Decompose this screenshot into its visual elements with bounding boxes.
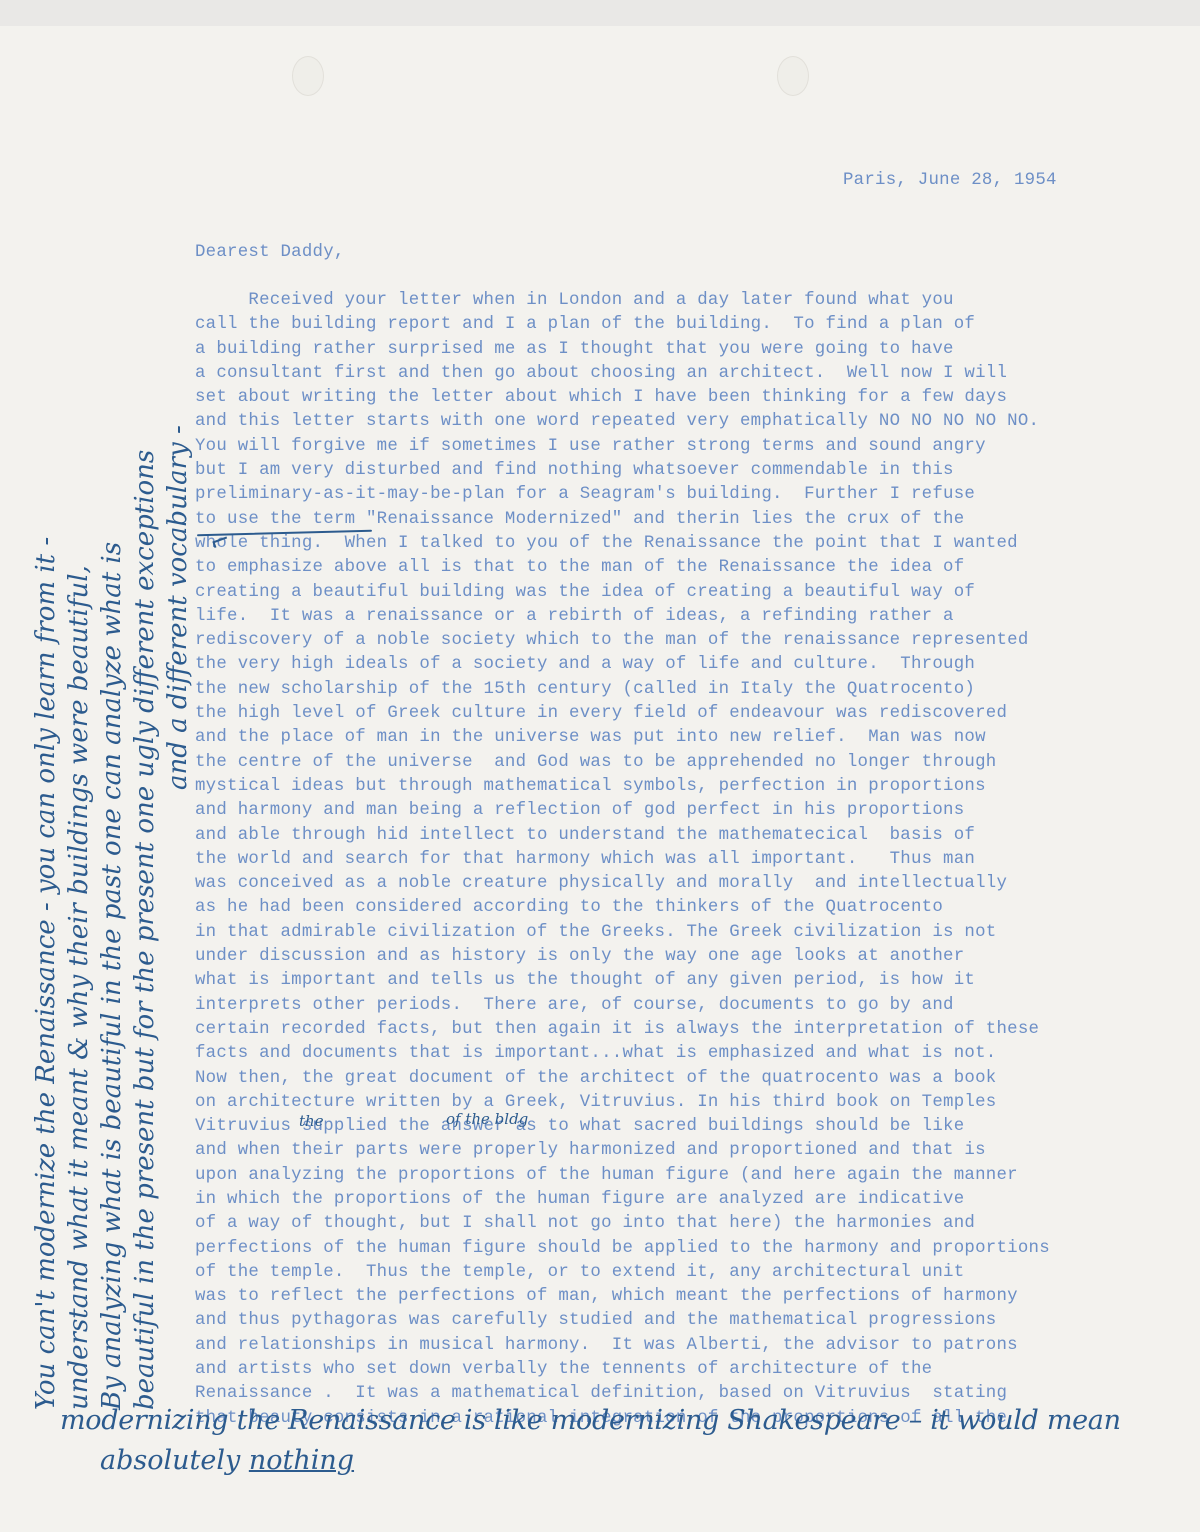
- bottom-note-prefix: absolutely: [100, 1445, 249, 1476]
- margin-note-region: You can't modernize the Renaissance - yo…: [30, 380, 200, 1410]
- letter-line: set about writing the letter about which…: [195, 386, 1050, 410]
- handwritten-bottom-note-line-2: absolutely nothing: [100, 1445, 354, 1476]
- handwritten-margin-note: You can't modernize the Renaissance - yo…: [30, 380, 200, 1410]
- letter-line: Received your letter when in London and …: [195, 289, 1050, 313]
- margin-note-line: understand what it meant & why their bui…: [63, 380, 96, 1410]
- margin-note-line: By analyzing what is beautiful in the pa…: [96, 380, 129, 1410]
- letter-line: rediscovery of a noble society which to …: [195, 629, 1050, 653]
- letter-line: was conceived as a noble creature physic…: [195, 872, 1050, 896]
- letter-line: the new scholarship of the 15th century …: [195, 678, 1050, 702]
- date-line: Paris, June 28, 1954: [843, 171, 1057, 190]
- margin-note-line: and a different vocabulary -: [162, 380, 195, 1410]
- letter-line: and able through hid intellect to unders…: [195, 824, 1050, 848]
- letter-line: and relationships in musical harmony. It…: [195, 1334, 1050, 1358]
- letter-line: Now then, the great document of the arch…: [195, 1067, 1050, 1091]
- letter-line: in which the proportions of the human fi…: [195, 1188, 1050, 1212]
- letter-line: of a way of thought, but I shall not go …: [195, 1212, 1050, 1236]
- letter-line: and this letter starts with one word rep…: [195, 410, 1050, 434]
- letter-line: creating a beautiful building was the id…: [195, 581, 1050, 605]
- handwritten-bottom-note-line-1: modernizing the Renaissance is like mode…: [60, 1405, 1121, 1436]
- letter-line: facts and documents that is important...…: [195, 1042, 1050, 1066]
- letter-line: and harmony and man being a reflection o…: [195, 799, 1050, 823]
- letter-line: the very high ideals of a society and a …: [195, 653, 1050, 677]
- letter-line: to use the term "Renaissance Modernized"…: [195, 508, 1050, 532]
- letter-line: preliminary-as-it-may-be-plan for a Seag…: [195, 483, 1050, 507]
- letter-line: perfections of the human figure should b…: [195, 1237, 1050, 1261]
- letter-line: mystical ideas but through mathematical …: [195, 775, 1050, 799]
- bottom-note-emphasis: nothing: [249, 1445, 354, 1476]
- punch-hole: [292, 56, 324, 96]
- letter-line: You will forgive me if sometimes I use r…: [195, 435, 1050, 459]
- interlinear-insert-the: the: [299, 1112, 324, 1130]
- letter-line: a building rather surprised me as I thou…: [195, 338, 1050, 362]
- letter-line: the world and search for that harmony wh…: [195, 848, 1050, 872]
- salutation: Dearest Daddy,: [195, 243, 345, 262]
- letter-line: a consultant first and then go about cho…: [195, 362, 1050, 386]
- letter-line: upon analyzing the proportions of the hu…: [195, 1164, 1050, 1188]
- letter-line: of the temple. Thus the temple, or to ex…: [195, 1261, 1050, 1285]
- letter-line: Renaissance . It was a mathematical defi…: [195, 1382, 1050, 1406]
- letter-line: and the place of man in the universe was…: [195, 726, 1050, 750]
- letter-line: the high level of Greek culture in every…: [195, 702, 1050, 726]
- letter-line: but I am very disturbed and find nothing…: [195, 459, 1050, 483]
- letter-line: as he had been considered according to t…: [195, 896, 1050, 920]
- letter-line: in that admirable civilization of the Gr…: [195, 921, 1050, 945]
- letter-line: certain recorded facts, but then again i…: [195, 1018, 1050, 1042]
- letter-line: call the building report and I a plan of…: [195, 313, 1050, 337]
- letter-line: life. It was a renaissance or a rebirth …: [195, 605, 1050, 629]
- margin-note-line: beautiful in the present but for the pre…: [129, 380, 162, 1410]
- letter-line: was to reflect the perfections of man, w…: [195, 1285, 1050, 1309]
- letter-line: the centre of the universe and God was t…: [195, 751, 1050, 775]
- margin-note-line: You can't modernize the Renaissance - yo…: [30, 380, 63, 1410]
- letter-line: and artists who set down verbally the te…: [195, 1358, 1050, 1382]
- letter-line: interprets other periods. There are, of …: [195, 994, 1050, 1018]
- letter-line: whole thing. When I talked to you of the…: [195, 532, 1050, 556]
- letter-line: and thus pythagoras was carefully studie…: [195, 1309, 1050, 1333]
- interlinear-insert-of-the-bldg: of the bldg: [446, 1110, 528, 1128]
- letter-line: to emphasize above all is that to the ma…: [195, 556, 1050, 580]
- letter-line: and when their parts were properly harmo…: [195, 1139, 1050, 1163]
- letter-body: Received your letter when in London and …: [195, 289, 1050, 1431]
- letter-line: what is important and tells us the thoug…: [195, 969, 1050, 993]
- letter-line: under discussion and as history is only …: [195, 945, 1050, 969]
- scan-border: [0, 0, 1200, 27]
- punch-hole: [777, 56, 809, 96]
